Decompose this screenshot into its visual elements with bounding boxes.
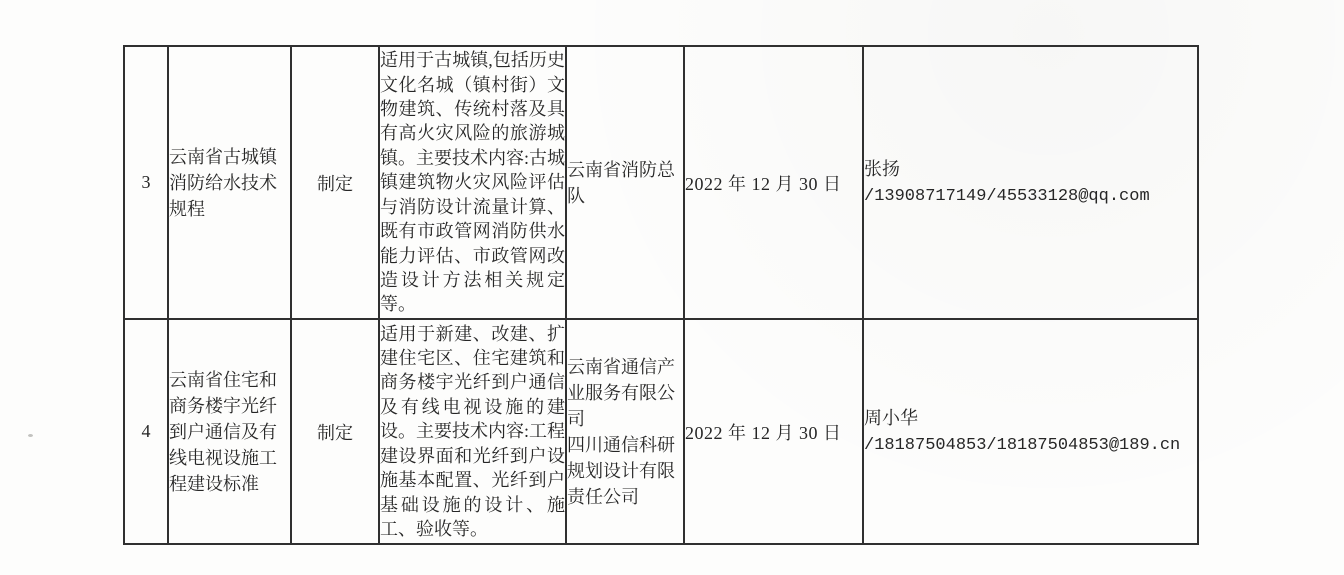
contact-name: 周小华 <box>864 404 1197 432</box>
scope-content-cell: 适用于古城镇,包括历史文化名城（镇村街）文物建筑、传统村落及具有高火灾风险的旅游… <box>379 46 566 319</box>
scanned-document-page: 3 云南省古城镇消防给水技术规程 制定 适用于古城镇,包括历史文化名城（镇村街）… <box>0 0 1344 575</box>
drafting-org-cell: 云南省消防总队 <box>566 46 684 319</box>
row-number-cell: 3 <box>124 46 168 319</box>
scan-speck <box>28 434 33 437</box>
revision-type-cell: 制定 <box>291 319 379 544</box>
contact-phone-email: /13908717149/45533128@qq.com <box>864 183 1197 211</box>
drafting-org-cell: 云南省通信产业服务有限公司 四川通信科研规划设计有限责任公司 <box>566 319 684 544</box>
row-number-cell: 4 <box>124 319 168 544</box>
contact-phone-email: /18187504853/18187504853@189.cn <box>864 432 1197 460</box>
standards-table: 3 云南省古城镇消防给水技术规程 制定 适用于古城镇,包括历史文化名城（镇村街）… <box>123 45 1199 545</box>
table-row: 3 云南省古城镇消防给水技术规程 制定 适用于古城镇,包括历史文化名城（镇村街）… <box>124 46 1198 319</box>
approval-date-cell: 2022 年 12 月 30 日 <box>684 46 863 319</box>
scope-content-cell: 适用于新建、改建、扩建住宅区、住宅建筑和商务楼宇光纤到户通信及有线电视设施的建设… <box>379 319 566 544</box>
contact-cell: 张扬 /13908717149/45533128@qq.com <box>863 46 1198 319</box>
contact-name: 张扬 <box>864 155 1197 183</box>
revision-type-cell: 制定 <box>291 46 379 319</box>
standard-name-cell: 云南省古城镇消防给水技术规程 <box>168 46 291 319</box>
table-row: 4 云南省住宅和商务楼宇光纤到户通信及有线电视设施工程建设标准 制定 适用于新建… <box>124 319 1198 544</box>
approval-date-cell: 2022 年 12 月 30 日 <box>684 319 863 544</box>
standard-name-cell: 云南省住宅和商务楼宇光纤到户通信及有线电视设施工程建设标准 <box>168 319 291 544</box>
contact-cell: 周小华 /18187504853/18187504853@189.cn <box>863 319 1198 544</box>
